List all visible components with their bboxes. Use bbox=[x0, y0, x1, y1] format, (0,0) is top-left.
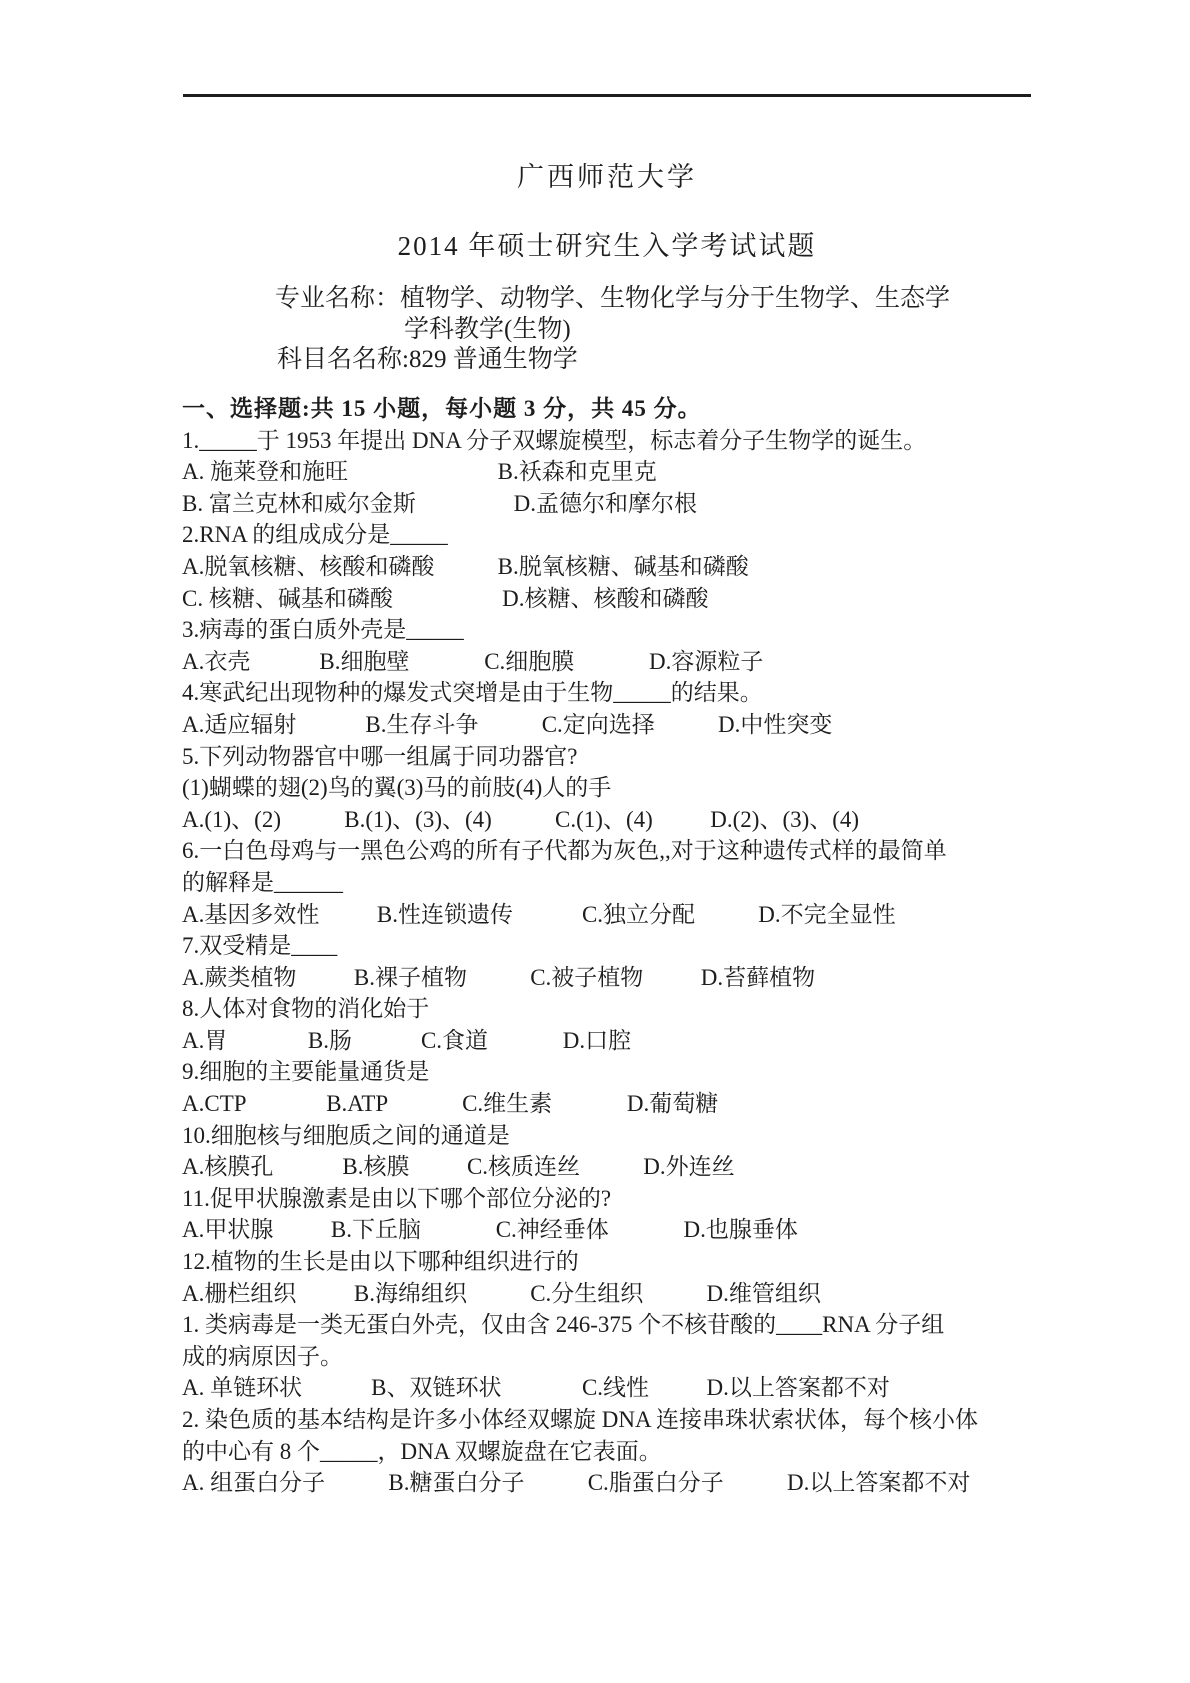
document-line: 成的病原因子。 bbox=[182, 1341, 1142, 1373]
document-line: A.核膜孔 B.核膜 C.核质连丝 D.外连丝 bbox=[182, 1151, 1142, 1183]
exam-page: 广西师范大学 2014 年硕士研究生入学考试试题 专业名称：植物学、动物学、生物… bbox=[0, 0, 1190, 1683]
document-line: A.(1)、(2) B.(1)、(3)、(4) C.(1)、(4) D.(2)、… bbox=[182, 804, 1142, 836]
document-line: A. 施莱登和施旺 B.袄森和克里克 bbox=[182, 456, 1142, 488]
document-line: A.胃 B.肠 C.食道 D.口腔 bbox=[182, 1025, 1142, 1057]
document-line: A.甲状腺 B.下丘脑 C.神经垂体 D.也腺垂体 bbox=[182, 1214, 1142, 1246]
document-line: 1._____于 1953 年提出 DNA 分子双螺旋模型，标志着分子生物学的诞… bbox=[182, 425, 1142, 457]
document-line: 6.一白色母鸡与一黑色公鸡的所有子代都为灰色,,对于这种遗传式样的最简单 bbox=[182, 835, 1142, 867]
document-line: 10.细胞核与细胞质之间的通道是 bbox=[182, 1120, 1142, 1152]
document-line: 9.细胞的主要能量通货是 bbox=[182, 1056, 1142, 1088]
section-heading: 一、选择题:共 15 小题，每小题 3 分，共 45 分。 bbox=[182, 393, 1142, 425]
document-line: A.栅栏组织 B.海绵组织 C.分生组织 D.维管组织 bbox=[182, 1278, 1142, 1310]
document-line: 2. 染色质的基本结构是许多小体经双螺旋 DNA 连接串珠状索状体，每个核小体 bbox=[182, 1404, 1142, 1436]
document-line: C. 核糖、碱基和磷酸 D.核糖、核酸和磷酸 bbox=[182, 583, 1142, 615]
document-line: 2.RNA 的组成成分是_____ bbox=[182, 519, 1142, 551]
document-line: A.CTP B.ATP C.维生素 D.葡萄糖 bbox=[182, 1088, 1142, 1120]
document-line: (1)蝴蝶的翅(2)鸟的翼(3)马的前肢(4)人的手 bbox=[182, 772, 1142, 804]
document-line: B. 富兰克林和威尔金斯 D.孟德尔和摩尔根 bbox=[182, 488, 1142, 520]
document-line: A.衣壳 B.细胞壁 C.细胞膜 D.容源粒子 bbox=[182, 646, 1142, 678]
document-line: 12.植物的生长是由以下哪种组织进行的 bbox=[182, 1246, 1142, 1278]
document-line: A.适应辐射 B.生存斗争 C.定向选择 D.中性突变 bbox=[182, 709, 1142, 741]
document-line: 7.双受精是____ bbox=[182, 930, 1142, 962]
document-line: A. 组蛋白分子 B.糖蛋白分子 C.脂蛋白分子 D.以上答案都不对 bbox=[182, 1467, 1142, 1499]
document-line: A.蕨类植物 B.裸子植物 C.被子植物 D.苔藓植物 bbox=[182, 962, 1142, 994]
document-line: 8.人体对食物的消化始于 bbox=[182, 993, 1142, 1025]
document-line: A.基因多效性 B.性连锁遗传 C.独立分配 D.不完全显性 bbox=[182, 899, 1142, 931]
document-line: 5.下列动物器官中哪一组属于同功器官? bbox=[182, 741, 1142, 773]
exam-title: 2014 年硕士研究生入学考试试题 bbox=[183, 224, 1031, 263]
question-list: 一、选择题:共 15 小题，每小题 3 分，共 45 分。1._____于 19… bbox=[182, 393, 1142, 1499]
university-title: 广西师范大学 bbox=[183, 155, 1031, 194]
document-line: 1. 类病毒是一类无蛋白外壳，仅由含 246-375 个不核苷酸的____RNA… bbox=[182, 1309, 1142, 1341]
document-line: 的解释是______ bbox=[182, 867, 1142, 899]
document-line: 3.病毒的蛋白质外壳是_____ bbox=[182, 614, 1142, 646]
document-line: 11.促甲状腺激素是由以下哪个部位分泌的? bbox=[182, 1183, 1142, 1215]
document-line: A. 单链环状 B、双链环状 C.线性 D.以上答案都不对 bbox=[182, 1372, 1142, 1404]
document-line: A.脱氧核糖、核酸和磷酸 B.脱氧核糖、碱基和磷酸 bbox=[182, 551, 1142, 583]
document-line: 4.寒武纪出现物种的爆发式突增是由于生物_____的结果。 bbox=[182, 677, 1142, 709]
header-rule bbox=[183, 94, 1031, 97]
document-line: 的中心有 8 个_____，DNA 双螺旋盘在它表面。 bbox=[182, 1436, 1142, 1468]
major-name-line: 专业名称：植物学、动物学、生物化学与分于生物学、生态学 bbox=[275, 278, 950, 314]
subject-name-line: 科目名名称:829 普通生物学 bbox=[277, 339, 578, 375]
